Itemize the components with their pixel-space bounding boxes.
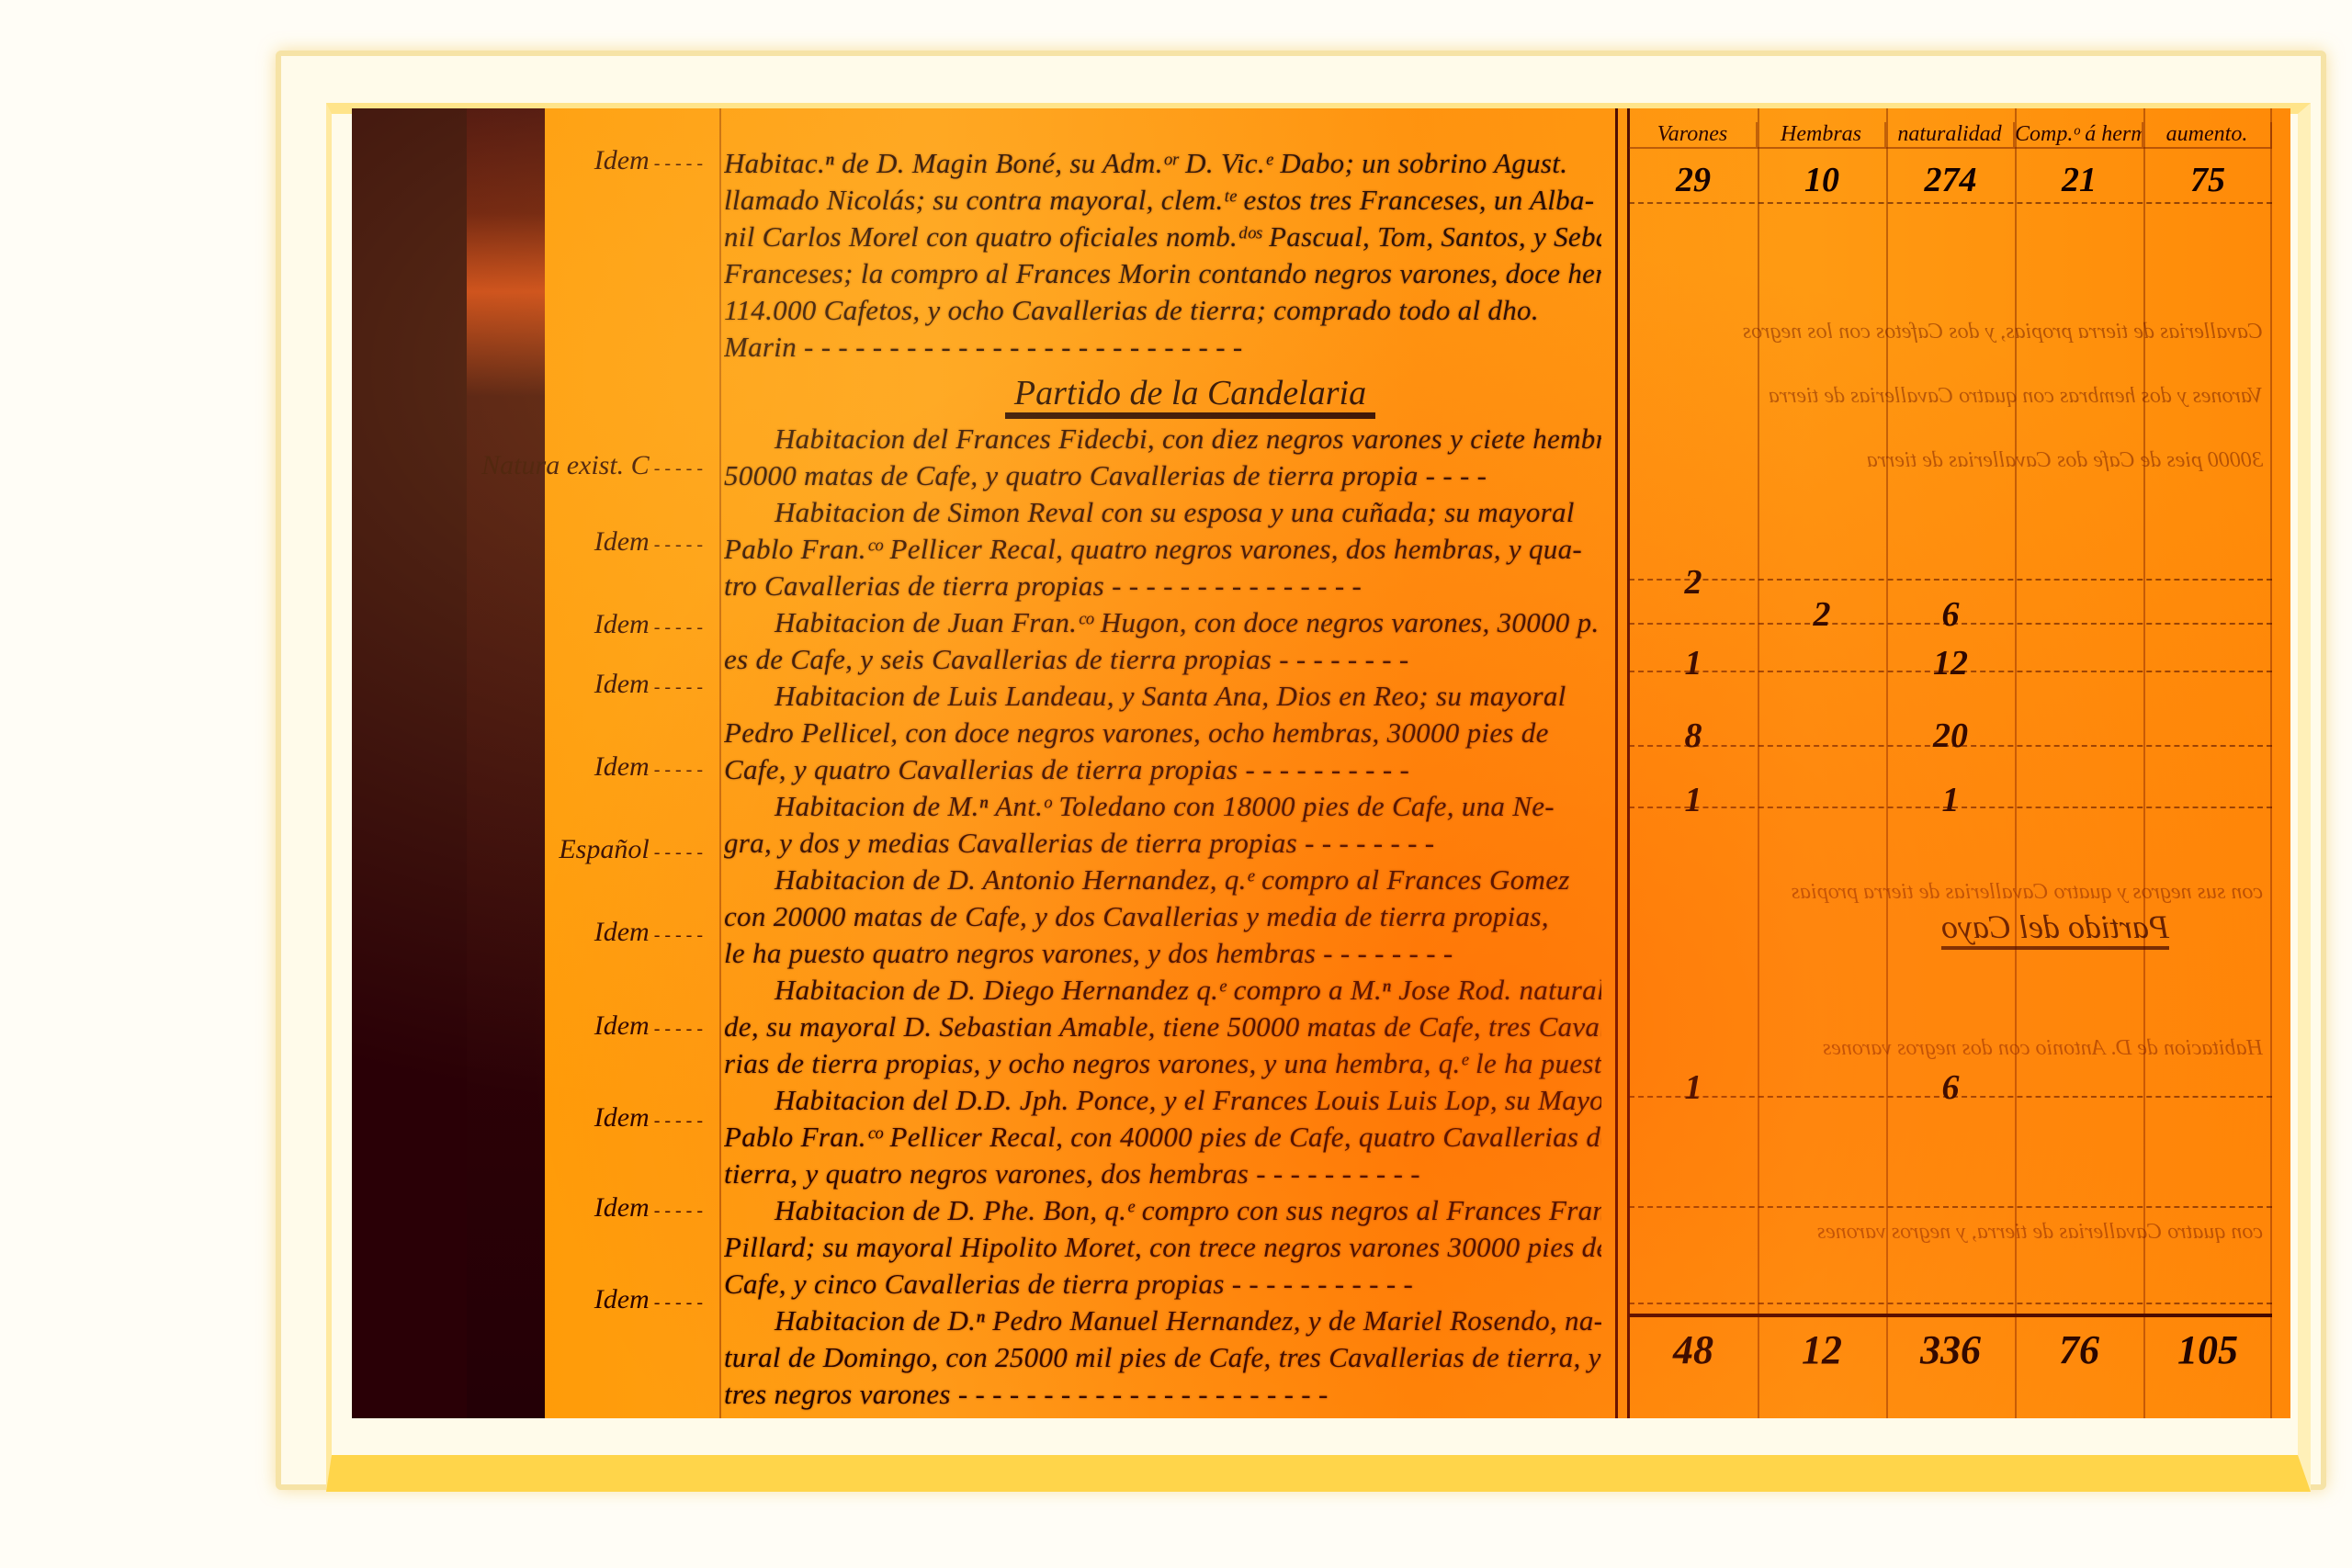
manuscript-page: Idem Natura exist. C Idem Idem Idem Idem…	[352, 108, 2290, 1418]
cell-naturalidad: 274	[1886, 160, 2015, 200]
cell-hembras: 2	[1758, 594, 1886, 635]
entry-line: tro Cavallerias de tierra propias - - - …	[724, 568, 1601, 604]
entry-line: Habitacion de Simon Reval con su esposa …	[724, 494, 1601, 531]
total-varones: 48	[1629, 1326, 1758, 1373]
entry-line: Habitacion del Cap.ⁿ Ant.ᵒ D. Manuel Ped…	[724, 1413, 1601, 1418]
entry-line: Cafe, y cinco Cavallerias de tierra prop…	[724, 1266, 1601, 1303]
cell-varones: 29	[1629, 160, 1758, 200]
cell-aumento: 75	[2143, 160, 2272, 200]
entry-line: Habitacion de Luis Landeau, y Santa Ana,…	[724, 678, 1601, 715]
entry-line: tierra, y quatro negros varones, dos hem…	[724, 1156, 1601, 1192]
cell-varones: 1	[1629, 1067, 1758, 1108]
binding-edge	[467, 108, 545, 1418]
margin-note: Idem	[594, 669, 703, 700]
total-comp: 76	[2015, 1326, 2143, 1373]
entry-line: Habitacion de D. Phe. Bon, q.ᵉ compro co…	[724, 1192, 1601, 1229]
entry-line: 114.000 Cafetos, y ocho Cavallerias de t…	[724, 292, 1601, 329]
cell-naturalidad: 12	[1886, 643, 2015, 683]
binding-spine	[352, 108, 467, 1418]
entry-line: llamado Nicolás; su contra mayoral, clem…	[724, 182, 1601, 219]
cell-varones: 1	[1629, 780, 1758, 820]
margin-column: Idem Natura exist. C Idem Idem Idem Idem…	[545, 108, 710, 1418]
entry-line: Pablo Fran.ᶜᵒ Pellicer Recal, quatro neg…	[724, 531, 1601, 568]
entry-line: Marin - - - - - - - - - - - - - - - - - …	[724, 329, 1601, 366]
column-header: Varones	[1629, 122, 1758, 147]
entry-line: Pablo Fran.ᶜᵒ Pellicer Recal, con 40000 …	[724, 1119, 1601, 1156]
entry-line: Franceses; la compro al Frances Morin co…	[724, 255, 1601, 292]
section-heading: Partido de la Candelaria	[724, 366, 1601, 421]
margin-note: Idem	[594, 145, 703, 176]
entry-line: Habitacion de D.ⁿ Pedro Manuel Hernandez…	[724, 1303, 1601, 1339]
entry-line: Pedro Pellicel, con doce negros varones,…	[724, 715, 1601, 751]
bleed-through-text: con sus negros y quatro Cavallerias de t…	[1638, 880, 2263, 905]
total-aumento: 105	[2143, 1326, 2272, 1373]
entry-line: tural de Domingo, con 25000 mil pies de …	[724, 1339, 1601, 1376]
margin-note: Idem	[594, 526, 703, 558]
margin-note: Español	[559, 834, 703, 865]
column-header: aumento.	[2143, 122, 2272, 147]
column-header: Hembras	[1758, 122, 1886, 147]
entry-line: de, su mayoral D. Sebastian Amable, tien…	[724, 1009, 1601, 1045]
entry-line: Habitacion de D. Antonio Hernandez, q.ᵉ …	[724, 862, 1601, 898]
cell-varones: 8	[1629, 716, 1758, 756]
entry-line: Habitacion del Frances Fidecbi, con diez…	[724, 421, 1601, 457]
entry-line: Habitacion de M.ⁿ Ant.ᵒ Toledano con 180…	[724, 788, 1601, 825]
column-divider-double-rule	[1615, 108, 1630, 1418]
bleed-through-text: con quatro Cavallerias de tierra, y negr…	[1638, 1220, 2263, 1245]
margin-note: Idem	[594, 609, 703, 640]
margin-note: Natura exist. C	[481, 450, 703, 481]
column-header: naturalidad	[1886, 122, 2015, 147]
cell-varones: 1	[1629, 643, 1758, 683]
margin-note: Idem	[594, 917, 703, 948]
margin-note: Idem	[594, 1102, 703, 1134]
margin-note: Idem	[594, 751, 703, 783]
table-row: 2 6	[1629, 591, 2272, 638]
column-rule	[2270, 108, 2272, 1418]
totals-row: 48 12 336 76 105	[1629, 1314, 2272, 1382]
entry-line: con 20000 matas de Cafe, y dos Cavalleri…	[724, 898, 1601, 935]
bleed-through-text: Cavallerias de tierra propias, y dos Caf…	[1638, 320, 2263, 344]
table-row: 1 12	[1629, 639, 2272, 687]
cell-hembras: 10	[1758, 160, 1886, 200]
bleed-through-heading: Partido del Cayo	[1941, 908, 2169, 950]
margin-note: Idem	[594, 1010, 703, 1042]
margin-rule	[719, 108, 721, 1418]
entry-line: rias de tierra propias, y ocho negros va…	[724, 1045, 1601, 1082]
register-body: Habitac.ⁿ de D. Magin Boné, su Adm.ᵒʳ D.…	[724, 145, 1601, 1418]
cell-comp: 21	[2015, 160, 2143, 200]
section-heading-text: Partido de la Candelaria	[1005, 374, 1375, 419]
cell-naturalidad: 1	[1886, 780, 2015, 820]
bleed-through-text: Habitacion de D. Antonio con dos negros …	[1638, 1036, 2263, 1061]
total-naturalidad: 336	[1886, 1326, 2015, 1373]
margin-note: Idem	[594, 1192, 703, 1224]
entry-line: le ha puesto quatro negros varones, y do…	[724, 935, 1601, 972]
column-header: Comp.ᵒ á herm.ᵒˢ	[2015, 122, 2143, 147]
entry-line: Habitacion de D. Diego Hernandez q.ᵉ com…	[724, 972, 1601, 1009]
entry-line: Habitac.ⁿ de D. Magin Boné, su Adm.ᵒʳ D.…	[724, 145, 1601, 182]
cell-naturalidad: 20	[1886, 716, 2015, 756]
cell-naturalidad: 6	[1886, 594, 2015, 635]
margin-note: Idem	[594, 1284, 703, 1315]
dotted-rule	[1629, 1206, 2272, 1208]
cell-naturalidad: 6	[1886, 1067, 2015, 1108]
entry-line: es de Cafe, y seis Cavallerias de tierra…	[724, 641, 1601, 678]
table-row: 29 10 274 21 75	[1629, 156, 2272, 204]
entry-line: 50000 matas de Cafe, y quatro Cavalleria…	[724, 457, 1601, 494]
entry-line: Cafe, y quatro Cavallerias de tierra pro…	[724, 751, 1601, 788]
entry-line: tres negros varones - - - - - - - - - - …	[724, 1376, 1601, 1413]
table-header-row: Varones Hembras naturalidad Comp.ᵒ á her…	[1629, 108, 2272, 149]
table-row: 1 6	[1629, 1064, 2272, 1111]
bleed-through-text: Varones y dos hembras con quatro Cavalle…	[1638, 384, 2263, 409]
total-hembras: 12	[1758, 1326, 1886, 1373]
table-row: 1 1	[1629, 776, 2272, 824]
bleed-through-text: 30000 pies de Cafe dos Cavallerias de ti…	[1638, 448, 2263, 473]
entry-line: Habitacion de Juan Fran.ᶜᵒ Hugon, con do…	[724, 604, 1601, 641]
entry-line: Pillard; su mayoral Hipolito Moret, con …	[724, 1229, 1601, 1266]
entry-line: nil Carlos Morel con quatro oficiales no…	[724, 219, 1601, 255]
dotted-rule	[1629, 1303, 2272, 1304]
tally-table: Varones Hembras naturalidad Comp.ᵒ á her…	[1629, 108, 2272, 1418]
table-row: 8 20	[1629, 712, 2272, 760]
entry-line: gra, y dos y medias Cavallerias de tierr…	[724, 825, 1601, 862]
entry-line: Habitacion del D.D. Jph. Ponce, y el Fra…	[724, 1082, 1601, 1119]
